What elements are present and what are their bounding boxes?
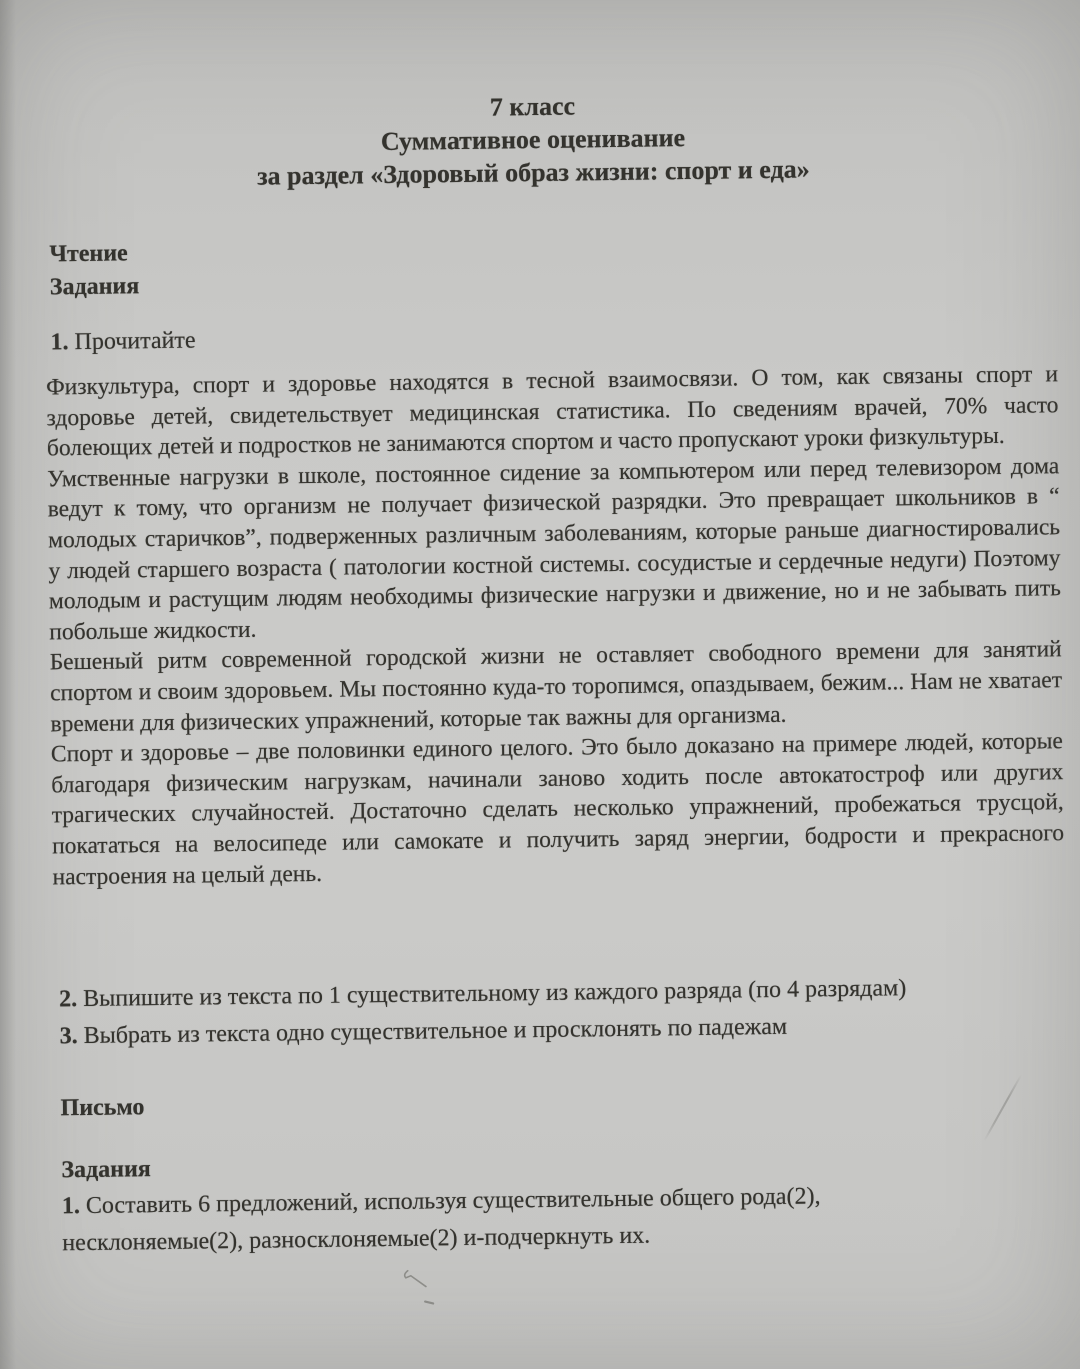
document-photo: 7 класс Суммативное оценивание за раздел… (0, 0, 1080, 1369)
reading-task-2-text: Выпишите из текста по 1 существительному… (83, 975, 906, 1012)
reading-passage: Физкультура, спорт и здоровье находятся … (46, 359, 1065, 892)
writing-task-1-text: Составить 6 предложений, используя сущес… (62, 1183, 820, 1256)
reading-task-3-number: 3. (59, 1023, 77, 1049)
reading-task-1-number: 1. (50, 329, 68, 355)
passage-paragraph-3: Бешеный ритм современной городской жизни… (50, 635, 1063, 740)
reading-tasks-label: Задания (50, 270, 140, 304)
reading-task-2-number: 2. (59, 986, 77, 1012)
reading-task-1: 1. Прочитайте (50, 324, 195, 359)
paper-crease-line (983, 1074, 1022, 1141)
writing-section-label: Письмо (60, 1091, 144, 1125)
writing-tasks-label: Задания (61, 1153, 151, 1187)
reading-task-1-text: Прочитайте (74, 327, 195, 355)
reading-task-3-text: Выбрать из текста одно существительное и… (83, 1014, 787, 1049)
reading-heading: Чтение Задания (49, 237, 139, 304)
paper-sheet: 7 класс Суммативное оценивание за раздел… (0, 0, 1080, 1369)
passage-paragraph-2: Умственные нагрузки в школе, постоянное … (47, 451, 1061, 648)
reading-tasks-list: 2. Выпишите из текста по 1 существительн… (59, 968, 1060, 1055)
writing-task-1: 1. Составить 6 предложений, используя су… (62, 1177, 913, 1262)
pencil-mark (398, 1265, 445, 1316)
reading-section-label: Чтение (49, 237, 139, 271)
passage-paragraph-1: Физкультура, спорт и здоровье находятся … (46, 359, 1059, 464)
writing-task-1-number: 1. (62, 1193, 80, 1219)
passage-paragraph-4: Спорт и здоровье – две половинки единого… (51, 726, 1065, 892)
document-header: 7 класс Суммативное оценивание за раздел… (0, 83, 1074, 196)
